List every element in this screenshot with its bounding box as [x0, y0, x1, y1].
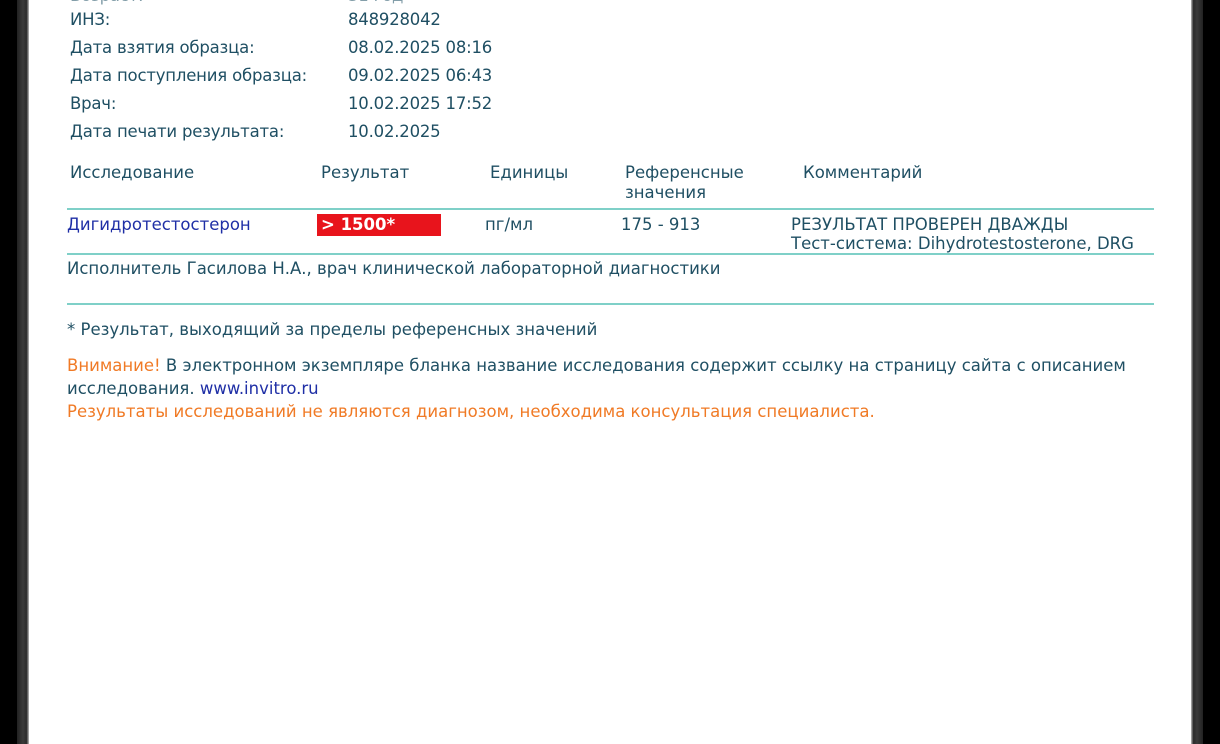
header-result: Результат	[321, 163, 409, 183]
disclaimer-text: Результаты исследований не являются диаг…	[67, 402, 875, 421]
info-row-sample-received: Дата поступления образца:09.02.2025 06:4…	[70, 66, 492, 85]
info-value: 31 год	[348, 0, 403, 5]
info-label: Дата поступления образца:	[70, 66, 348, 85]
units-value: пг/мл	[485, 215, 533, 234]
info-row-doctor: Врач:10.02.2025 17:52	[70, 94, 492, 113]
comment-cell: РЕЗУЛЬТАТ ПРОВЕРЕН ДВАЖДЫ Тест-система: …	[791, 215, 1134, 253]
header-test: Исследование	[70, 163, 194, 183]
performer-line: Исполнитель Гасилова Н.А., врач клиничес…	[67, 259, 720, 278]
clipped-header-text	[669, 0, 674, 5]
table-divider-top	[67, 208, 1154, 210]
header-reference-line2: значения	[625, 183, 706, 202]
section-divider	[67, 303, 1154, 305]
header-units: Единицы	[490, 163, 568, 183]
info-row-sample-taken: Дата взятия образца:08.02.2025 08:16	[70, 38, 492, 57]
invitro-link[interactable]: www.invitro.ru	[200, 379, 319, 398]
lab-result-document: Возраст:31 год ИНЗ:848928042 Дата взятия…	[29, 0, 1191, 744]
info-label: Дата взятия образца:	[70, 38, 348, 57]
header-comment: Комментарий	[803, 163, 922, 183]
info-label: Врач:	[70, 94, 348, 113]
comment-line-2: Тест-система: Dihydrotestosterone, DRG	[791, 234, 1134, 253]
info-value: 09.02.2025 06:43	[348, 66, 492, 85]
attention-notice: Внимание! В электронном экземпляре бланк…	[67, 354, 1157, 423]
info-row-print-date: Дата печати результата:10.02.2025	[70, 122, 440, 141]
info-value: 10.02.2025	[348, 122, 440, 141]
header-reference: Референсные значения	[625, 163, 744, 203]
info-row-age: Возраст:31 год	[70, 0, 403, 5]
info-label: Возраст:	[70, 0, 348, 5]
left-bezel	[17, 0, 29, 744]
footnote-out-of-range: * Результат, выходящий за пределы рефере…	[67, 320, 597, 339]
info-label: Дата печати результата:	[70, 122, 348, 141]
reference-value: 175 - 913	[621, 215, 700, 234]
attention-word: Внимание!	[67, 356, 161, 375]
result-flagged-value: > 1500*	[317, 214, 441, 236]
right-bezel	[1191, 0, 1203, 744]
header-reference-line1: Референсные	[625, 163, 744, 182]
screen-frame: Возраст:31 год ИНЗ:848928042 Дата взятия…	[0, 0, 1220, 744]
test-name-link[interactable]: Дигидротестостерон	[67, 215, 251, 234]
info-value: 848928042	[348, 10, 441, 29]
comment-line-1: РЕЗУЛЬТАТ ПРОВЕРЕН ДВАЖДЫ	[791, 215, 1068, 234]
table-divider-bottom	[67, 253, 1154, 255]
info-value: 08.02.2025 08:16	[348, 38, 492, 57]
info-label: ИНЗ:	[70, 10, 348, 29]
info-value: 10.02.2025 17:52	[348, 94, 492, 113]
info-row-inz: ИНЗ:848928042	[70, 10, 441, 29]
